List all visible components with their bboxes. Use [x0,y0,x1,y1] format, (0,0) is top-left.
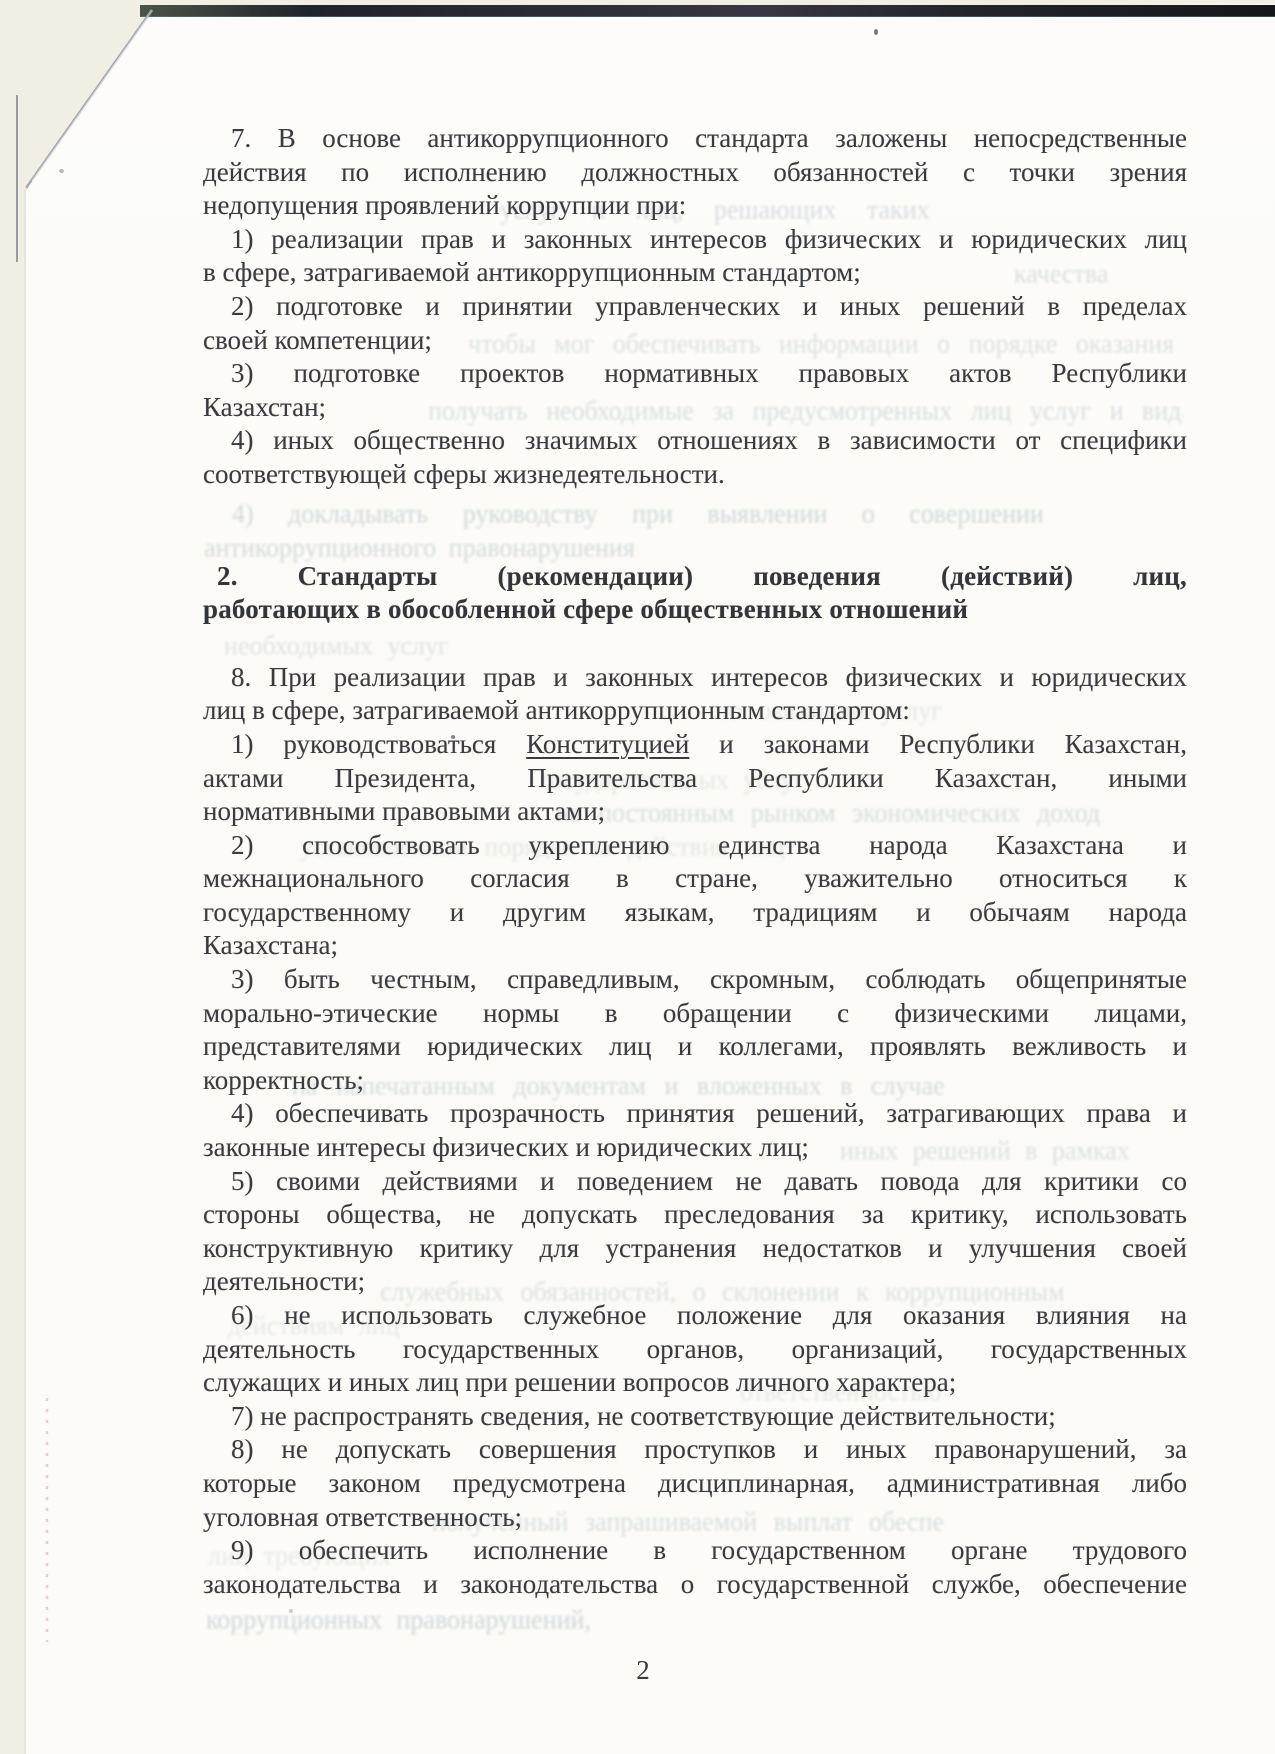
text-line: уголовная ответственность; [203,1501,1187,1535]
scan-speck [59,169,64,173]
text-line: деятельность государственных органов, ор… [203,1333,1187,1367]
text-line: 4) обеспечивать прозрачность принятия ре… [203,1097,1187,1131]
text-line: 7. В основе антикоррупционного стандарта… [203,122,1187,156]
text-line: 8. При реализации прав и законных интере… [203,661,1187,695]
text-line: 1) реализации прав и законных интересов … [203,223,1187,257]
document-text: 7. В основе антикоррупционного стандарта… [203,122,1187,1601]
paragraph: 1) реализации прав и законных интересов … [203,223,1187,290]
text-line: законодательства и законодательства о го… [203,1568,1187,1602]
scan-speck [874,29,878,35]
paragraph: 8) не допускать совершения проступков и … [203,1433,1187,1534]
text-line: 1) руководствоваться Конституцией и зако… [203,728,1187,762]
scan-speck [289,1609,293,1613]
paragraph: 6) не использовать служебное положение д… [203,1299,1187,1400]
paragraph: 3) быть честным, справедливым, скромным,… [203,963,1187,1097]
text-line: 2) способствовать укреплению единства на… [203,829,1187,863]
text-line: морально-этические нормы в обращении с ф… [203,997,1187,1031]
text-line: 7) не распространять сведения, не соотве… [203,1400,1187,1434]
text-line: 2. Стандарты (рекомендации) поведения (д… [203,560,1187,594]
paragraph: 7. В основе антикоррупционного стандарта… [203,122,1187,223]
paragraph: 9) обеспечить исполнение в государственн… [203,1534,1187,1601]
paragraph: 2) способствовать укреплению единства на… [203,829,1187,963]
paragraph: 1) руководствоваться Конституцией и зако… [203,728,1187,829]
text-line: в сфере, затрагиваемой антикоррупционным… [203,256,1187,290]
text-line: Казахстана; [203,929,1187,963]
paragraph: 7) не распространять сведения, не соотве… [203,1400,1187,1434]
text-line: государственному и другим языкам, традиц… [203,896,1187,930]
text-line: 6) не использовать служебное положение д… [203,1299,1187,1333]
scan-speck [451,735,455,739]
text-line: 4) иных общественно значимых отношениях … [203,424,1187,458]
paragraph: 4) иных общественно значимых отношениях … [203,424,1187,491]
text-segment: и законами Республики Казахстан, [689,729,1187,759]
text-line: 5) своими действиями и поведением не дав… [203,1165,1187,1199]
scanned-page: услуг и лиц, решающих такихкачествачтобы… [0,0,1275,1754]
text-line: лиц в сфере, затрагиваемой антикоррупцио… [203,694,1187,728]
paragraph: 3) подготовке проектов нормативных право… [203,357,1187,424]
text-line: 3) быть честным, справедливым, скромным,… [203,963,1187,997]
text-line: действия по исполнению должностных обяза… [203,156,1187,190]
text-line: своей компетенции; [203,324,1187,358]
paragraph: 8. При реализации прав и законных интере… [203,661,1187,728]
text-line: законные интересы физических и юридическ… [203,1131,1187,1165]
text-line: стороны общества, не допускать преследов… [203,1198,1187,1232]
paragraph: 2) подготовке и принятии управленческих … [203,290,1187,357]
text-line: служащих и иных лиц при решении вопросов… [203,1366,1187,1400]
paragraph: 4) обеспечивать прозрачность принятия ре… [203,1097,1187,1164]
paragraph: 5) своими действиями и поведением не дав… [203,1165,1187,1299]
text-line: актами Президента, Правительства Республ… [203,762,1187,796]
section-heading: 2. Стандарты (рекомендации) поведения (д… [203,560,1187,627]
text-line: 9) обеспечить исполнение в государственн… [203,1534,1187,1568]
text-line: представителями юридических лиц и коллег… [203,1030,1187,1064]
text-line: работающих в обособленной сфере обществе… [203,593,1187,627]
text-line: межнационального согласия в стране, уваж… [203,862,1187,896]
underlined-text: Конституцией [526,729,689,759]
text-line: 3) подготовке проектов нормативных право… [203,357,1187,391]
text-line: соответствующей сферы жизнедеятельности. [203,458,1187,492]
text-line: 8) не допускать совершения проступков и … [203,1433,1187,1467]
text-line: деятельности; [203,1265,1187,1299]
text-line: 2) подготовке и принятии управленческих … [203,290,1187,324]
text-segment: 1) руководствоваться [231,729,526,759]
scan-top-edge [140,5,1275,17]
text-line: которые законом предусмотрена дисциплина… [203,1467,1187,1501]
text-line: недопущения проявлений коррупции при: [203,189,1187,223]
text-line: корректность; [203,1064,1187,1098]
page-number: 2 [203,1655,1083,1686]
text-line: нормативными правовыми актами; [203,795,1187,829]
text-line: конструктивную критику для устранения не… [203,1232,1187,1266]
text-line: Казахстан; [203,391,1187,425]
